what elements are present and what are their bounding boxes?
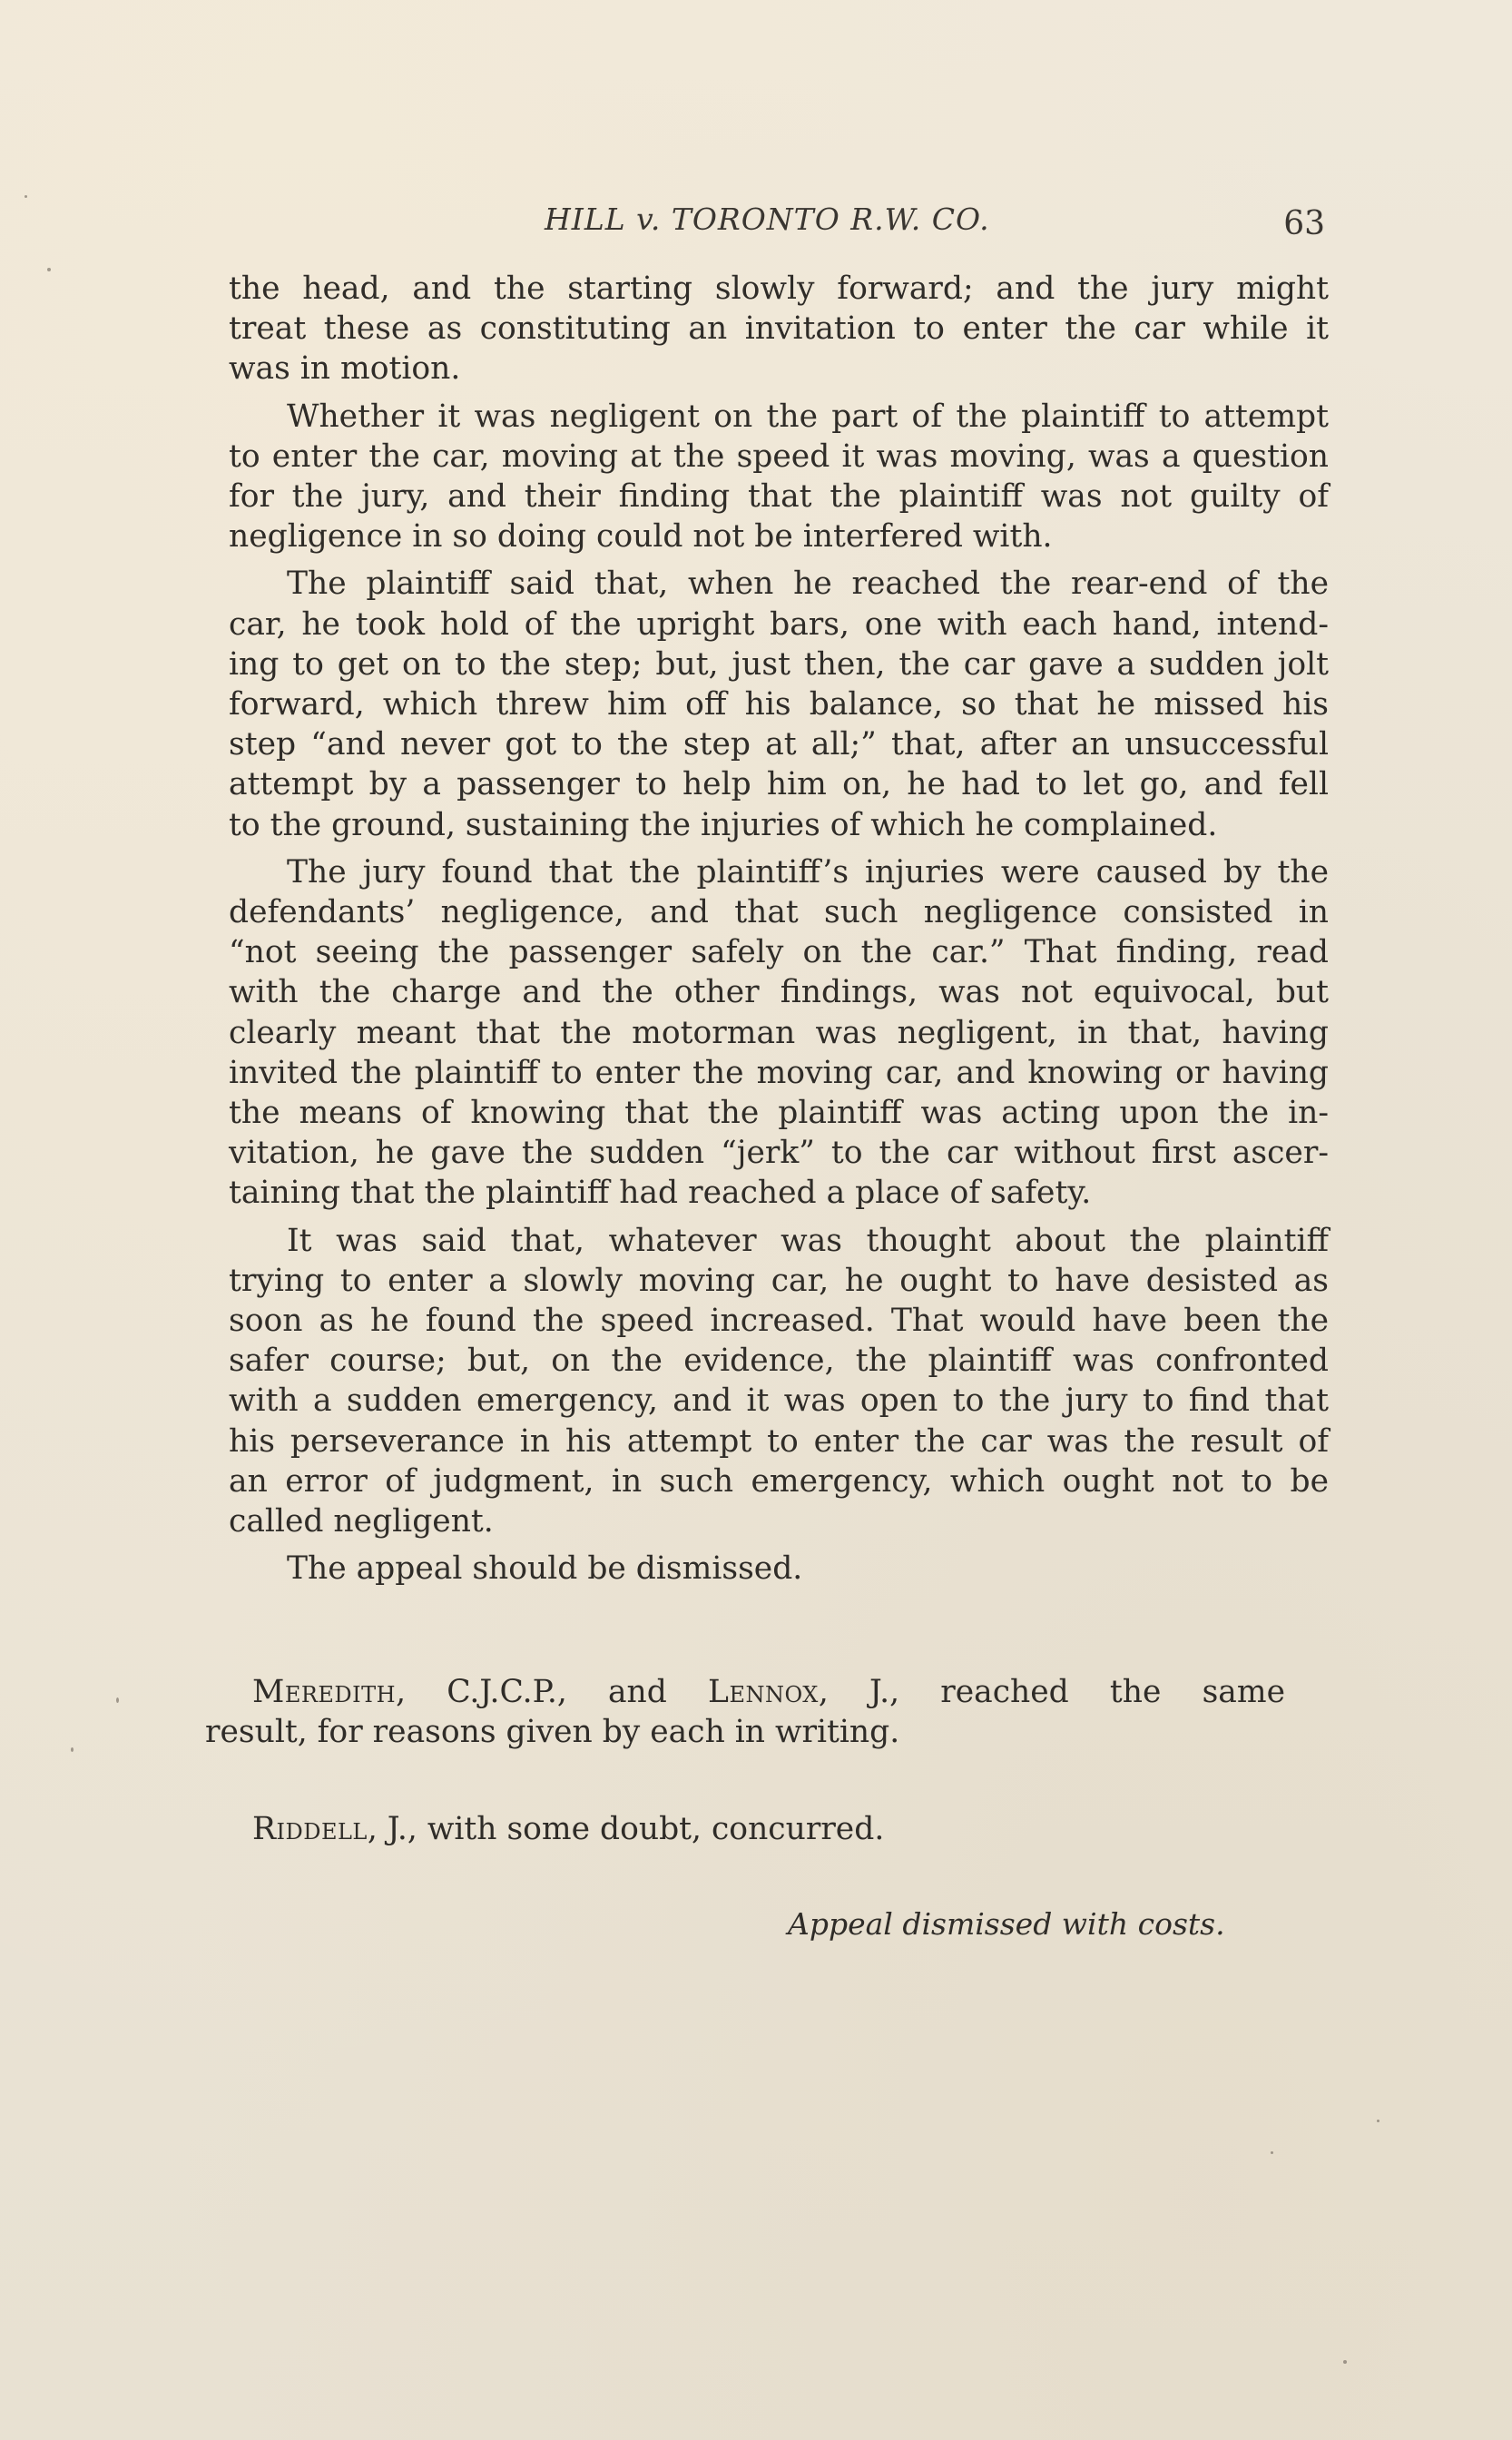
text-line: with a sudden emergency, and it was open… xyxy=(229,1381,1329,1421)
text-line: taining that the plaintiff had reached a… xyxy=(229,1173,1329,1213)
text-line: The plaintiff said that, when he reached… xyxy=(229,564,1329,604)
disposition: Appeal dismissed with costs. xyxy=(788,1906,1225,1942)
paragraph-conclusion: The appeal should be dismissed. xyxy=(229,1549,1329,1589)
text-line: vitation, he gave the sudden “jerk” to t… xyxy=(229,1133,1329,1173)
running-head: HILL v. TORONTO R.W. CO. 63 xyxy=(545,202,1325,247)
judge-name: Meredith xyxy=(252,1674,396,1710)
judge-name: Riddell xyxy=(252,1811,368,1847)
text-line: called negligent. xyxy=(229,1501,1329,1541)
text-line: “not seeing the passenger safely on the … xyxy=(229,932,1329,972)
concurrence-line: Riddell, J., with some doubt, concurred. xyxy=(252,1811,884,1847)
paragraph-continuation: the head, and the starting slowly forwar… xyxy=(229,269,1329,389)
body-text: the head, and the starting slowly forwar… xyxy=(229,269,1329,1589)
scan-speck xyxy=(47,268,51,271)
text-line: to enter the car, moving at the speed it… xyxy=(229,437,1329,477)
text-line: his perseverance in his attempt to enter… xyxy=(229,1422,1329,1461)
text-line: The appeal should be dismissed. xyxy=(229,1549,1329,1589)
text-line: car, he took hold of the upright bars, o… xyxy=(229,605,1329,644)
text-line: result, for reasons given by each in wri… xyxy=(205,1712,1285,1752)
scanned-page: HILL v. TORONTO R.W. CO. 63 the head, an… xyxy=(0,0,1512,2440)
text-line: forward, which threw him off his balance… xyxy=(229,684,1329,724)
scan-speck xyxy=(116,1697,119,1703)
text-line: for the jury, and their finding that the… xyxy=(229,477,1329,517)
text-line: negligence in so doing could not be inte… xyxy=(229,517,1329,556)
running-title: HILL v. TORONTO R.W. CO. xyxy=(545,202,990,237)
text-line: safer course; but, on the evidence, the … xyxy=(229,1341,1329,1381)
text-line: step “and never got to the step at all;”… xyxy=(229,724,1329,764)
scan-speck xyxy=(71,1747,74,1752)
text-line: defendants’ negligence, and that such ne… xyxy=(229,892,1329,932)
text-line: was in motion. xyxy=(229,349,1329,389)
text-line: The jury found that the plaintiff’s inju… xyxy=(229,852,1329,892)
scan-speck xyxy=(25,195,27,198)
paragraph-negligence-question: Whether it was negligent on the part of … xyxy=(229,397,1329,557)
text-line: the head, and the starting slowly forwar… xyxy=(229,269,1329,309)
page-number: 63 xyxy=(1283,205,1325,242)
scan-speck xyxy=(1271,2151,1273,2154)
text-line: It was said that, whatever was thought a… xyxy=(229,1221,1329,1261)
judges-paragraph: Meredith, C.J.C.P., and Lennox, J., reac… xyxy=(205,1672,1285,1752)
text-line: trying to enter a slowly moving car, he … xyxy=(229,1261,1329,1301)
scan-speck xyxy=(1343,2360,1347,2364)
paragraph-jury-finding: The jury found that the plaintiff’s inju… xyxy=(229,852,1329,1214)
text-line: to the ground, sustaining the injuries o… xyxy=(229,805,1329,845)
judge-name: Lennox xyxy=(708,1674,819,1710)
paragraph-emergency: It was said that, whatever was thought a… xyxy=(229,1221,1329,1542)
text-line: attempt by a passenger to help him on, h… xyxy=(229,764,1329,804)
text-line: invited the plaintiff to enter the movin… xyxy=(229,1053,1329,1093)
paragraph-plaintiff-account: The plaintiff said that, when he reached… xyxy=(229,564,1329,844)
text-line: Meredith, C.J.C.P., and Lennox, J., reac… xyxy=(205,1672,1285,1712)
text-line: the means of knowing that the plaintiff … xyxy=(229,1093,1329,1133)
text-line: treat these as constituting an invitatio… xyxy=(229,309,1329,349)
text-line: ing to get on to the step; but, just the… xyxy=(229,644,1329,684)
text-line: soon as he found the speed increased. Th… xyxy=(229,1301,1329,1341)
text-line: an error of judgment, in such emergency,… xyxy=(229,1461,1329,1501)
scan-speck xyxy=(1377,2120,1379,2122)
text-line: Whether it was negligent on the part of … xyxy=(229,397,1329,437)
text-line: with the charge and the other findings, … xyxy=(229,972,1329,1012)
text-line: clearly meant that the motorman was negl… xyxy=(229,1013,1329,1053)
